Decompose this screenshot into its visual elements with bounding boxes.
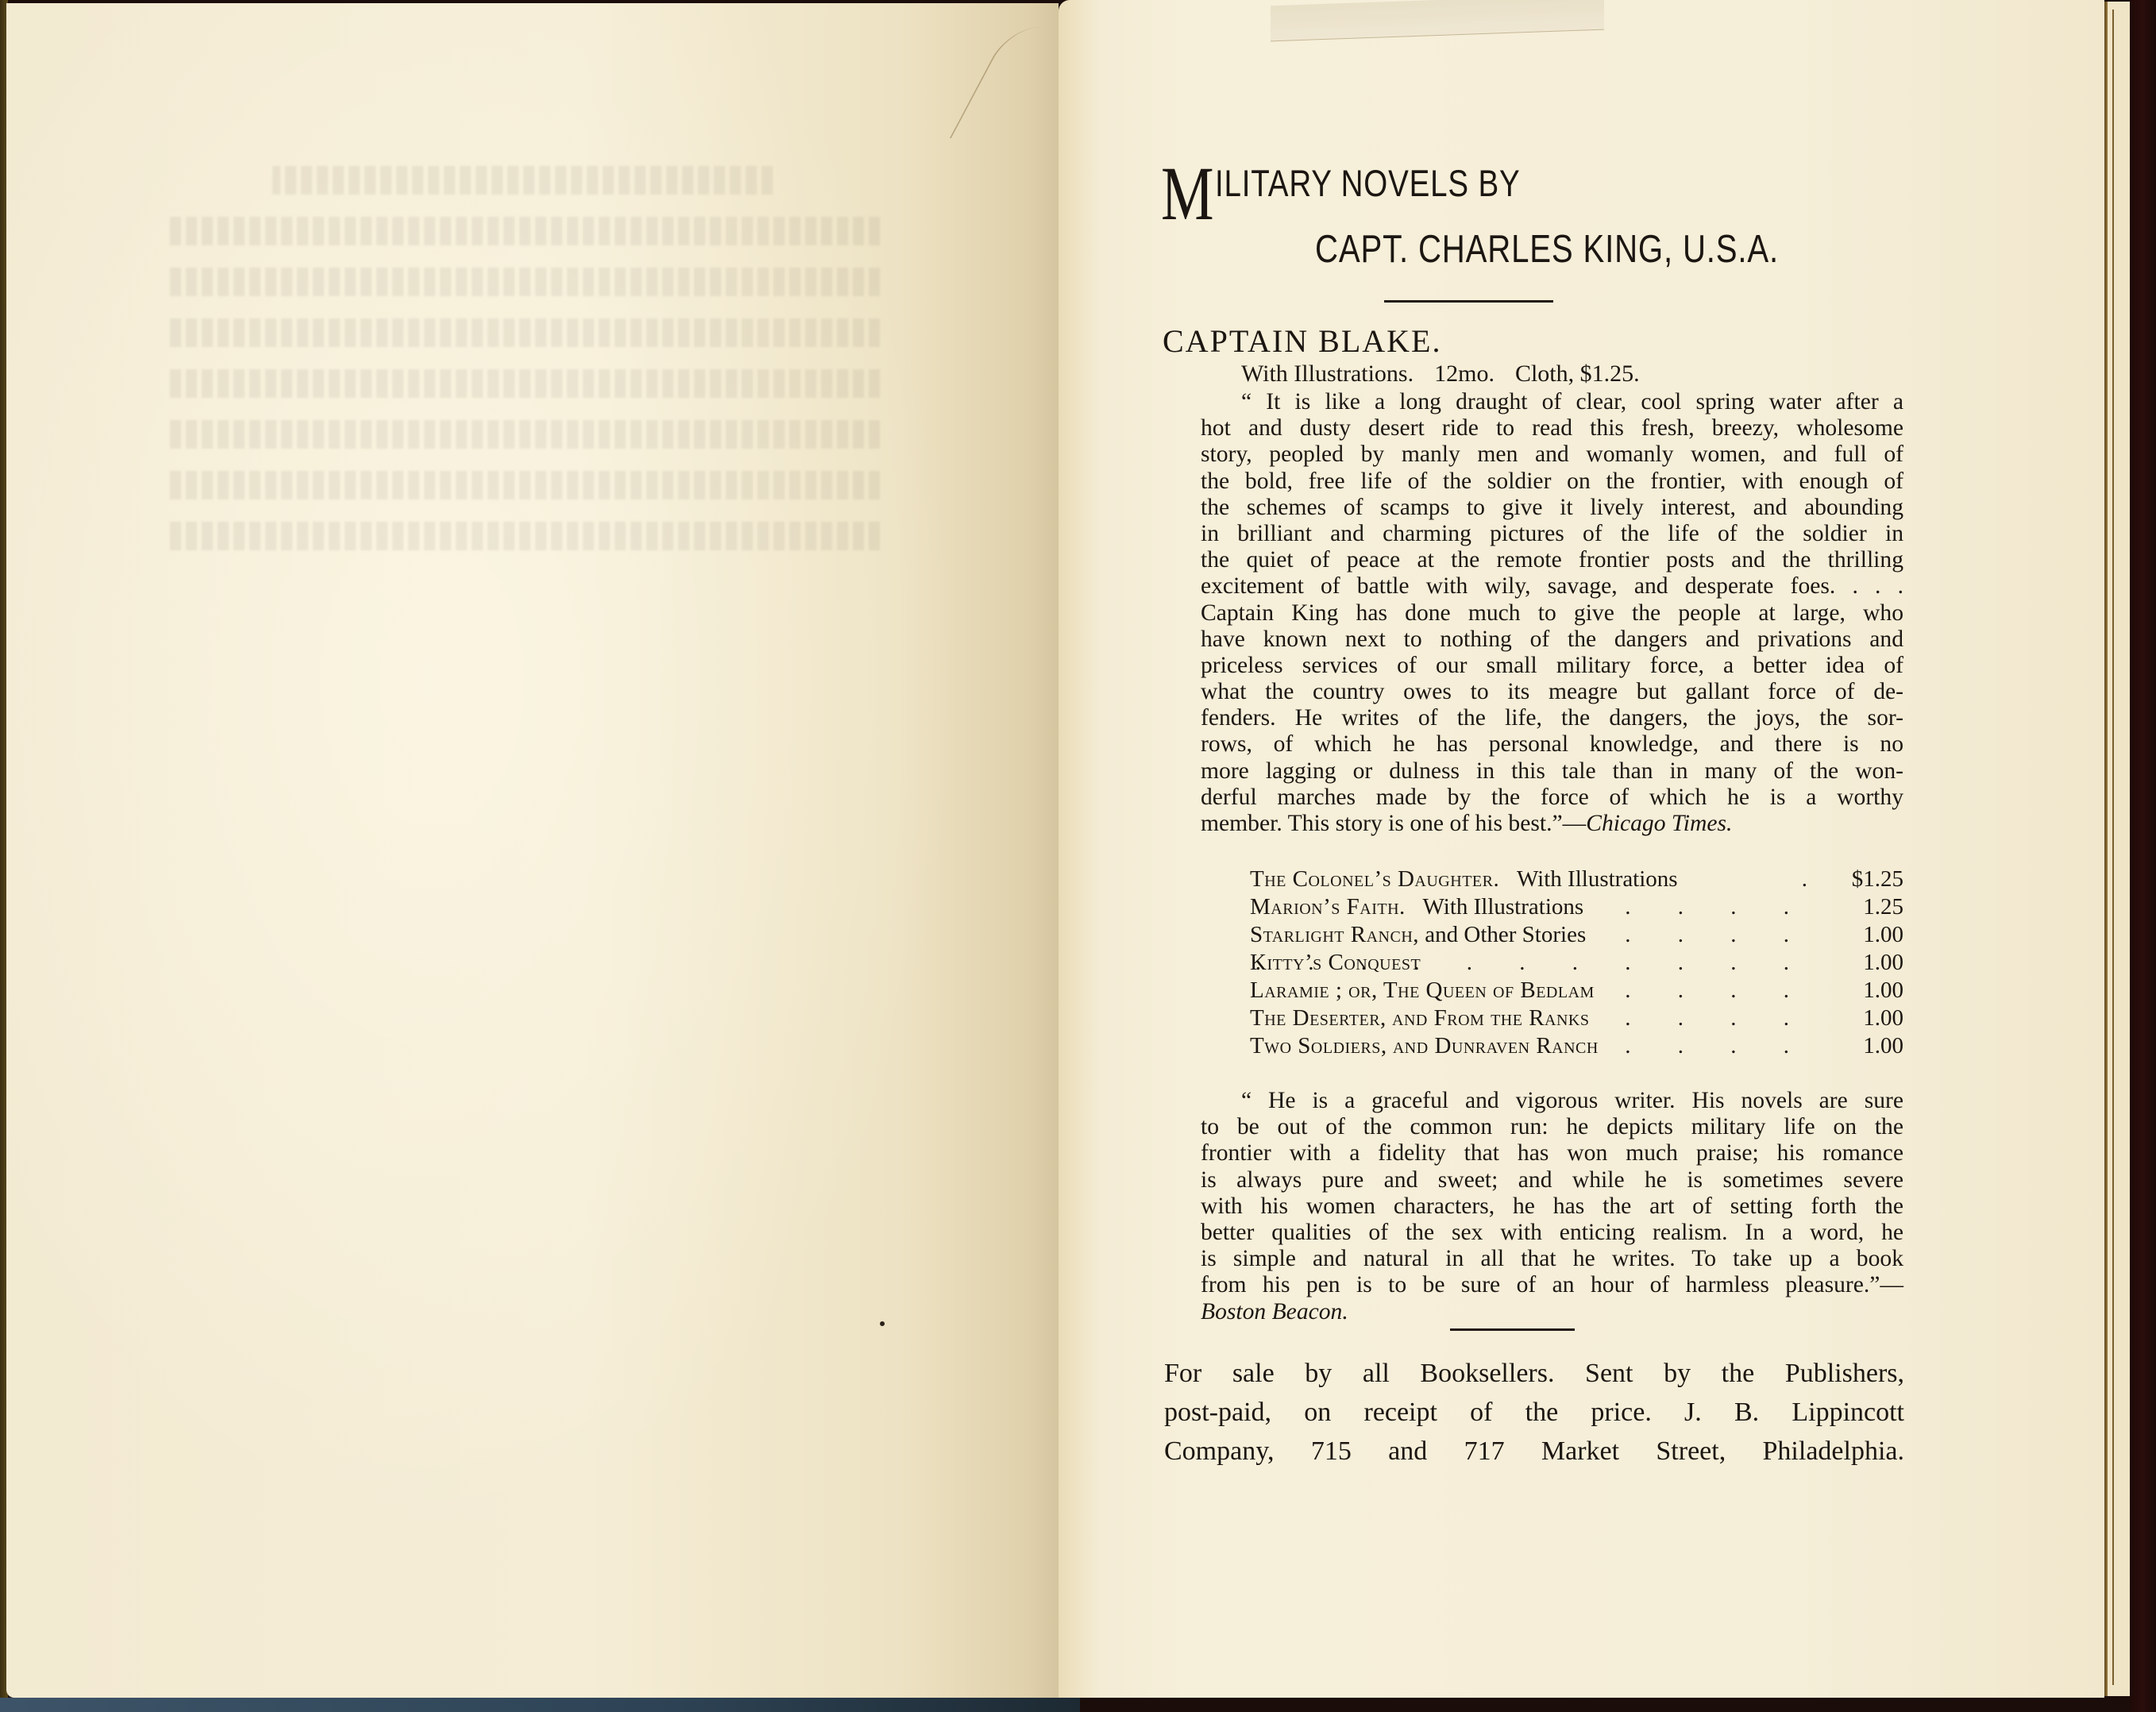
review-line: frontier with a fidelity that has won mu… [1201, 1140, 1903, 1166]
leader-dots: . [1802, 866, 1828, 893]
left-page [6, 3, 1059, 1698]
review-source: Chicago Times. [1586, 811, 1732, 836]
price-row: Starlight Ranch, and Other Stories . . .… [1250, 921, 1903, 949]
review-line: priceless services of our small military… [1201, 653, 1903, 679]
price-list: The Colonel’s Daughter. With Illustratio… [1250, 866, 1903, 1060]
footer-line: Company, 715 and 717 Market Street, Phil… [1164, 1432, 1904, 1471]
review-last-line: member. This story is one of his best.”—… [1201, 811, 1903, 837]
review-line: better qualities of the sex with enticin… [1201, 1220, 1903, 1246]
review-line: from his pen is to be sure of an hour of… [1201, 1272, 1903, 1298]
book-subtitle: and Other Stories [1425, 922, 1586, 947]
heading-drop-initial: M [1161, 156, 1214, 232]
book-name: Two Soldiers, [1250, 1033, 1387, 1058]
book-subtitle: With Illustrations [1423, 894, 1584, 920]
leader-dots: . . . . [1625, 921, 1810, 949]
review-line: excitement of battle with wily, savage, … [1201, 573, 1903, 600]
book-detail-format: 12mo. [1434, 361, 1495, 387]
ink-speck [880, 1321, 885, 1326]
review-source-line: Boston Beacon. [1201, 1299, 1903, 1325]
review-line: what the country owes to its meagre but … [1201, 679, 1903, 705]
price-row: Marion’s Faith. With Illustrations . . .… [1250, 893, 1903, 921]
price-row: Laramie ; or, The Queen of Bedlam . . . … [1250, 977, 1903, 1004]
heading-line-2: CAPT. CHARLES KING, U.S.A. [1315, 229, 1779, 270]
book-name: Marion’s Faith. [1250, 894, 1406, 920]
right-cover-board [2130, 0, 2156, 1712]
review-line: is simple and natural in all that he wri… [1201, 1246, 1903, 1272]
footer-line: For sale by all Booksellers. Sent by the… [1164, 1354, 1904, 1393]
book-price: 1.00 [1863, 977, 1903, 1004]
book-subtitle: With Illustrations [1517, 866, 1678, 892]
featured-book-title: CAPTAIN BLAKE. [1163, 324, 1441, 359]
review-line: Captain King has done much to give the p… [1201, 600, 1903, 627]
divider-rule [1450, 1328, 1575, 1331]
price-row: The Deserter, and From the Ranks . . . .… [1250, 1004, 1903, 1032]
book-price: $1.25 [1852, 866, 1903, 893]
review-line: to be out of the common run: he depicts … [1201, 1114, 1903, 1140]
leader-dots: . . . . [1625, 893, 1810, 921]
book-price: 1.00 [1863, 921, 1903, 949]
publisher-footer: For sale by all Booksellers. Sent by the… [1164, 1354, 1904, 1471]
book-price: 1.00 [1863, 949, 1903, 977]
leader-dots: . . . . . . . . . . . [1255, 949, 1810, 977]
price-row: The Colonel’s Daughter. With Illustratio… [1250, 866, 1903, 893]
featured-book-details: With Illustrations.12mo.Cloth, $1.25. [1241, 361, 1640, 388]
leader-dots: . . . . [1625, 1004, 1810, 1032]
review-line: is always pure and sweet; and while he i… [1201, 1167, 1903, 1193]
review-line: more lagging or dulness in this tale tha… [1201, 758, 1903, 785]
footer-line: post-paid, on receipt of the price. J. B… [1164, 1393, 1904, 1432]
review-source: Boston Beacon. [1201, 1299, 1348, 1324]
leader-dots: . . . . [1625, 1032, 1810, 1060]
review-line: the quiet of peace at the remote frontie… [1201, 547, 1903, 573]
review-line: hot and dusty desert ride to read this f… [1201, 415, 1903, 441]
show-through-bleed [165, 166, 880, 573]
review-last-line-text: member. This story is one of his best.”— [1201, 811, 1586, 836]
book-name: The Colonel’s Daughter. [1250, 866, 1499, 892]
review-line: fenders. He writes of the life, the dang… [1201, 705, 1903, 731]
review-line: in brilliant and charming pictures of th… [1201, 521, 1903, 547]
leader-dots: . . . . [1625, 977, 1810, 1004]
book-subtitle: and From the Ranks [1392, 1005, 1589, 1031]
book-name: The Deserter, [1250, 1005, 1387, 1031]
price-row: Kitty’s Conquest . . . . . . . . . . . 1… [1250, 949, 1903, 977]
heading-line-1: ILITARY NOVELS BY [1215, 164, 1521, 203]
review-line: with his women characters, he has the ar… [1201, 1193, 1903, 1220]
book-price: 1.00 [1863, 1004, 1903, 1032]
review-line: the schemes of scamps to give it lively … [1201, 495, 1903, 521]
scanner-backing-strip [0, 1698, 1080, 1712]
featured-book-review: “ It is like a long draught of clear, co… [1201, 389, 1903, 837]
book-detail-illustrations: With Illustrations. [1241, 361, 1414, 387]
second-review: “ He is a graceful and vigorous writer. … [1201, 1088, 1903, 1325]
review-line: “ He is a graceful and vigorous writer. … [1201, 1088, 1903, 1114]
book-name: Laramie ; or, The Queen of Bedlam [1250, 977, 1595, 1003]
book-price: 1.00 [1863, 1032, 1903, 1060]
review-line: story, peopled by manly men and womanly … [1201, 441, 1903, 468]
price-row: Two Soldiers, and Dunraven Ranch . . . .… [1250, 1032, 1903, 1060]
review-line: the bold, free life of the soldier on th… [1201, 468, 1903, 495]
book-name: Starlight Ranch, [1250, 922, 1419, 947]
review-line: rows, of which he has personal knowledge… [1201, 731, 1903, 758]
review-line: derful marches made by the force of whic… [1201, 785, 1903, 811]
book-price: 1.25 [1863, 893, 1903, 921]
review-line: have known next to nothing of the danger… [1201, 627, 1903, 653]
book-subtitle: and Dunraven Ranch [1393, 1033, 1599, 1058]
review-line: “ It is like a long draught of clear, co… [1201, 389, 1903, 415]
divider-rule [1384, 300, 1553, 303]
book-detail-price: Cloth, $1.25. [1515, 361, 1640, 387]
